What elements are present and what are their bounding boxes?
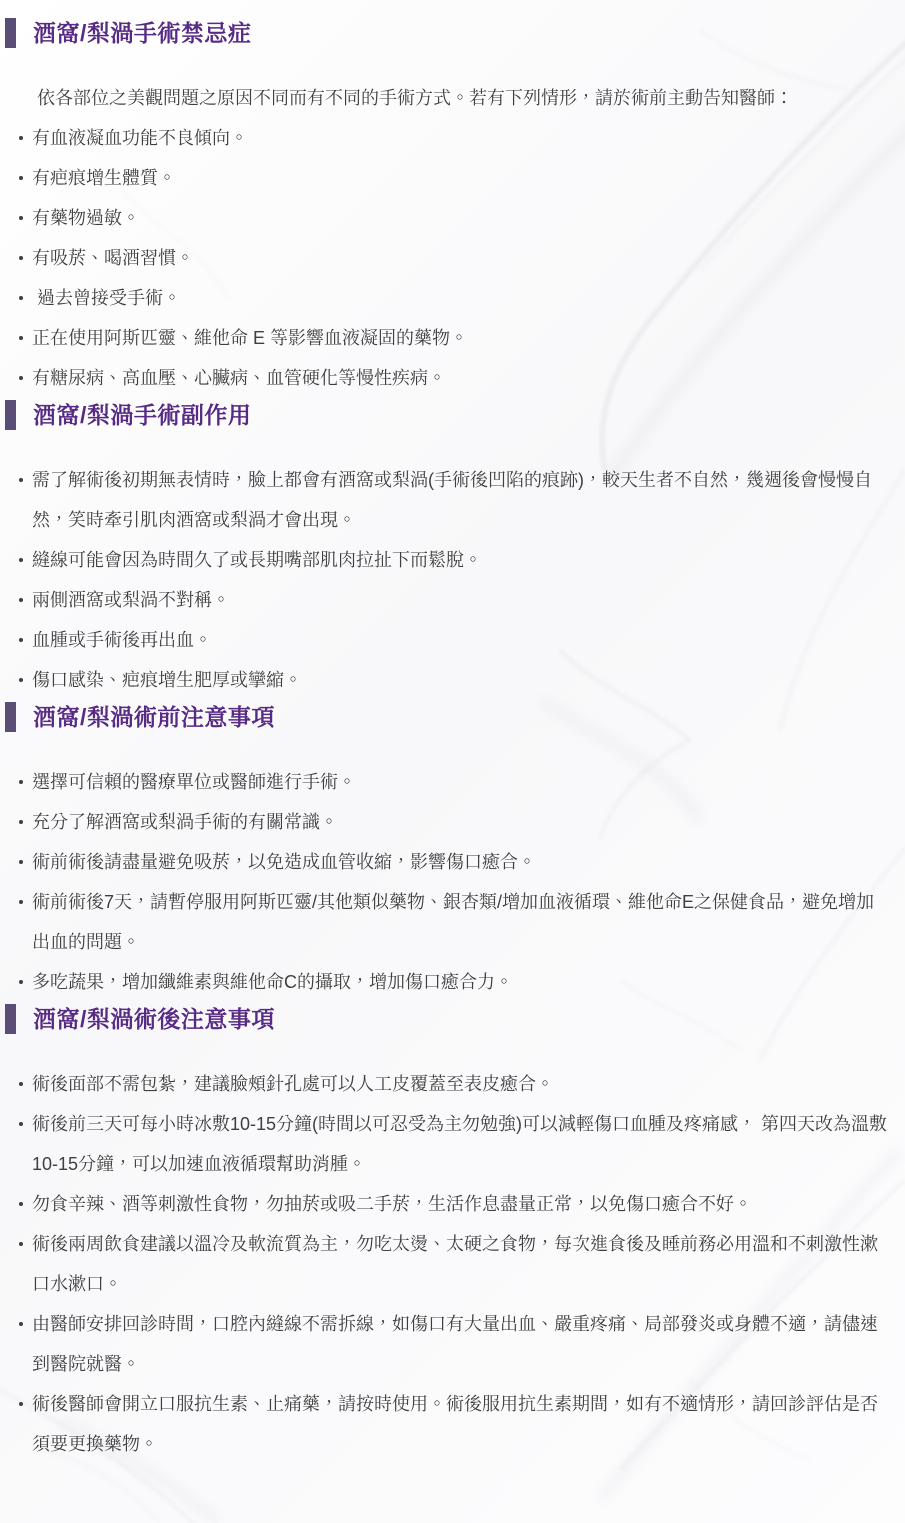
list-item: 血腫或手術後再出血。 bbox=[19, 620, 888, 660]
list-item: 術後前三天可每小時冰敷10-15分鐘(時間以可忍受為主勿勉強)可以減輕傷口血腫及… bbox=[19, 1104, 888, 1184]
list-item: 選擇可信賴的醫療單位或醫師進行手術。 bbox=[19, 762, 888, 802]
list-item: 有疤痕增生體質。 bbox=[19, 158, 888, 198]
bullet-list: 術後面部不需包紮，建議臉頰針孔處可以人工皮覆蓋至表皮癒合。 術後前三天可每小時冰… bbox=[5, 1064, 891, 1464]
section-heading: 酒窩/梨渦術後注意事項 bbox=[5, 1002, 891, 1036]
list-item: 傷口感染、疤痕增生肥厚或攣縮。 bbox=[19, 660, 888, 700]
list-item: 有糖尿病、高血壓、心臟病、血管硬化等慢性疾病。 bbox=[19, 358, 888, 398]
heading-accent-bar bbox=[5, 400, 16, 430]
heading-accent-bar bbox=[5, 18, 16, 48]
section-title: 酒窩/梨渦術前注意事項 bbox=[33, 704, 275, 730]
section-heading: 酒窩/梨渦術前注意事項 bbox=[5, 700, 891, 734]
list-item: 需了解術後初期無表情時，臉上都會有酒窩或梨渦(手術後凹陷的痕跡)，較天生者不自然… bbox=[19, 460, 888, 540]
list-item: 多吃蔬果，增加纖維素與維他命C的攝取，增加傷口癒合力。 bbox=[19, 962, 888, 1002]
section-pre-op-notes: 酒窩/梨渦術前注意事項 選擇可信賴的醫療單位或醫師進行手術。 充分了解酒窩或梨渦… bbox=[5, 700, 891, 1002]
list-item: 過去曾接受手術。 bbox=[19, 278, 888, 318]
heading-accent-bar bbox=[5, 1004, 16, 1034]
list-item: 有血液凝血功能不良傾向。 bbox=[19, 118, 888, 158]
list-item: 縫線可能會因為時間久了或長期嘴部肌肉拉扯下而鬆脫。 bbox=[19, 540, 888, 580]
list-item: 術後面部不需包紮，建議臉頰針孔處可以人工皮覆蓋至表皮癒合。 bbox=[19, 1064, 888, 1104]
list-item: 有藥物過敏。 bbox=[19, 198, 888, 238]
list-item: 兩側酒窩或梨渦不對稱。 bbox=[19, 580, 888, 620]
section-side-effects: 酒窩/梨渦手術副作用 需了解術後初期無表情時，臉上都會有酒窩或梨渦(手術後凹陷的… bbox=[5, 398, 891, 700]
list-item: 有吸菸、喝酒習慣。 bbox=[19, 238, 888, 278]
section-title: 酒窩/梨渦術後注意事項 bbox=[33, 1006, 275, 1032]
list-item: 術後兩周飲食建議以溫冷及軟流質為主，勿吃太燙、太硬之食物，每次進食後及睡前務必用… bbox=[19, 1224, 888, 1304]
list-item: 正在使用阿斯匹靈、維他命 E 等影響血液凝固的藥物。 bbox=[19, 318, 888, 358]
list-item: 由醫師安排回診時間，口腔內縫線不需拆線，如傷口有大量出血、嚴重疼痛、局部發炎或身… bbox=[19, 1304, 888, 1384]
bullet-list: 有血液凝血功能不良傾向。 有疤痕增生體質。 有藥物過敏。 有吸菸、喝酒習慣。 過… bbox=[5, 118, 891, 398]
heading-accent-bar bbox=[5, 702, 16, 732]
intro-paragraph: 依各部位之美觀問題之原因不同而有不同的手術方式。若有下列情形，請於術前主動告知醫… bbox=[5, 78, 891, 118]
list-item: 術前術後7天，請暫停服用阿斯匹靈/其他類似藥物、銀杏類/增加血液循環、維他命E之… bbox=[19, 882, 888, 962]
bullet-list: 選擇可信賴的醫療單位或醫師進行手術。 充分了解酒窩或梨渦手術的有關常識。 術前術… bbox=[5, 762, 891, 1002]
section-heading: 酒窩/梨渦手術禁忌症 bbox=[5, 16, 891, 50]
list-item: 充分了解酒窩或梨渦手術的有關常識。 bbox=[19, 802, 888, 842]
section-title: 酒窩/梨渦手術副作用 bbox=[33, 402, 251, 428]
list-item: 術後醫師會開立口服抗生素、止痛藥，請按時使用。術後服用抗生素期間，如有不適情形，… bbox=[19, 1384, 888, 1464]
section-post-op-notes: 酒窩/梨渦術後注意事項 術後面部不需包紮，建議臉頰針孔處可以人工皮覆蓋至表皮癒合… bbox=[5, 1002, 891, 1464]
section-title: 酒窩/梨渦手術禁忌症 bbox=[33, 20, 251, 46]
list-item: 勿食辛辣、酒等刺激性食物，勿抽菸或吸二手菸，生活作息盡量正常，以免傷口癒合不好。 bbox=[19, 1184, 888, 1224]
section-heading: 酒窩/梨渦手術副作用 bbox=[5, 398, 891, 432]
bullet-list: 需了解術後初期無表情時，臉上都會有酒窩或梨渦(手術後凹陷的痕跡)，較天生者不自然… bbox=[5, 460, 891, 700]
list-item: 術前術後請盡量避免吸菸，以免造成血管收縮，影響傷口癒合。 bbox=[19, 842, 888, 882]
content-area: 酒窩/梨渦手術禁忌症 依各部位之美觀問題之原因不同而有不同的手術方式。若有下列情… bbox=[0, 0, 905, 1484]
section-contraindications: 酒窩/梨渦手術禁忌症 依各部位之美觀問題之原因不同而有不同的手術方式。若有下列情… bbox=[5, 16, 891, 398]
